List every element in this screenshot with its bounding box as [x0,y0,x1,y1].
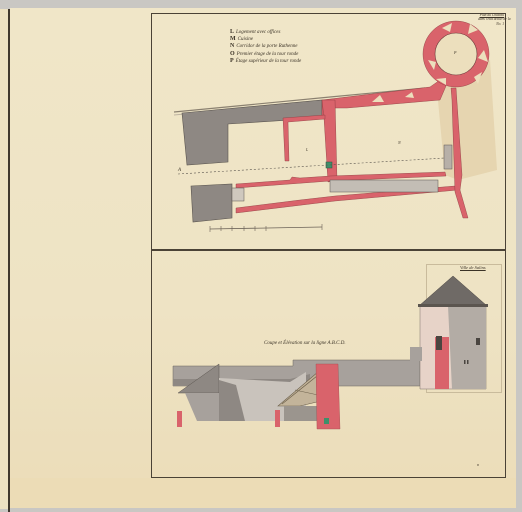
room-n-label: N [398,140,401,145]
tower-p-label: P [454,50,456,55]
corner-mark: B [477,463,479,467]
floor-plan [0,0,522,250]
room-l-label: L [306,147,308,152]
point-a-label: A [178,168,181,173]
elevation-section [0,250,522,490]
scanned-plate: LLogement avec offices MCuisine NCorrido… [0,0,522,512]
